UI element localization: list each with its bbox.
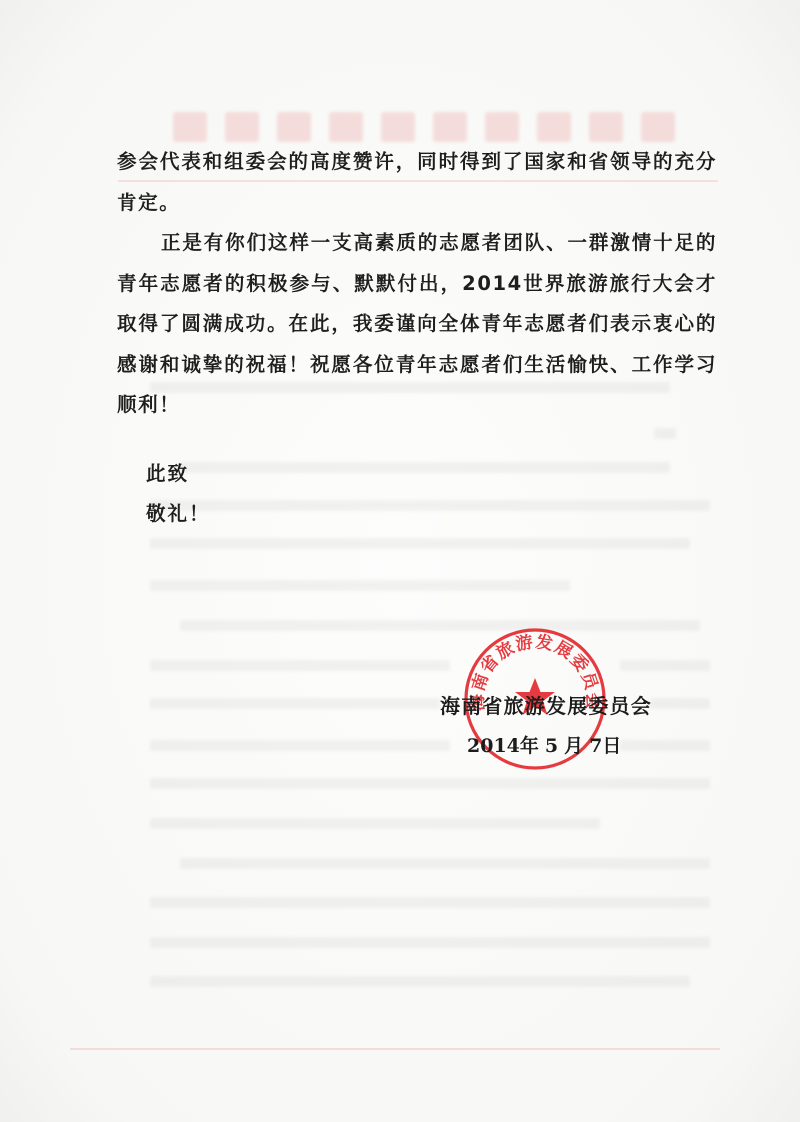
date-month-unit: 月 xyxy=(564,735,583,757)
date-year: 2014 xyxy=(467,735,520,757)
date-year-unit: 年 xyxy=(520,735,539,757)
footer-rule xyxy=(70,1048,720,1050)
closing-regards: 敬礼！ xyxy=(146,498,211,526)
closing-salutation: 此致 xyxy=(146,458,189,486)
signing-organization: 海南省旅游发展委员会 xyxy=(440,690,652,719)
letterhead-bleedthrough xyxy=(115,112,675,144)
paragraph-1: 参会代表和组委会的高度赞许，同时得到了国家和省领导的充分肯定。 xyxy=(117,142,717,223)
letter-body: 参会代表和组委会的高度赞许，同时得到了国家和省领导的充分肯定。 正是有你们这样一… xyxy=(117,142,717,426)
paragraph-2: 正是有你们这样一支高素质的志愿者团队、一群激情十足的青年志愿者的积极参与、默默付… xyxy=(117,223,717,426)
letter-page: 参会代表和组委会的高度赞许，同时得到了国家和省领导的充分肯定。 正是有你们这样一… xyxy=(0,0,800,1122)
signing-date: 2014年5月7日 xyxy=(467,731,621,758)
date-day-unit: 日 xyxy=(602,735,621,757)
date-month: 5 xyxy=(545,735,558,757)
date-day: 7 xyxy=(589,735,602,757)
